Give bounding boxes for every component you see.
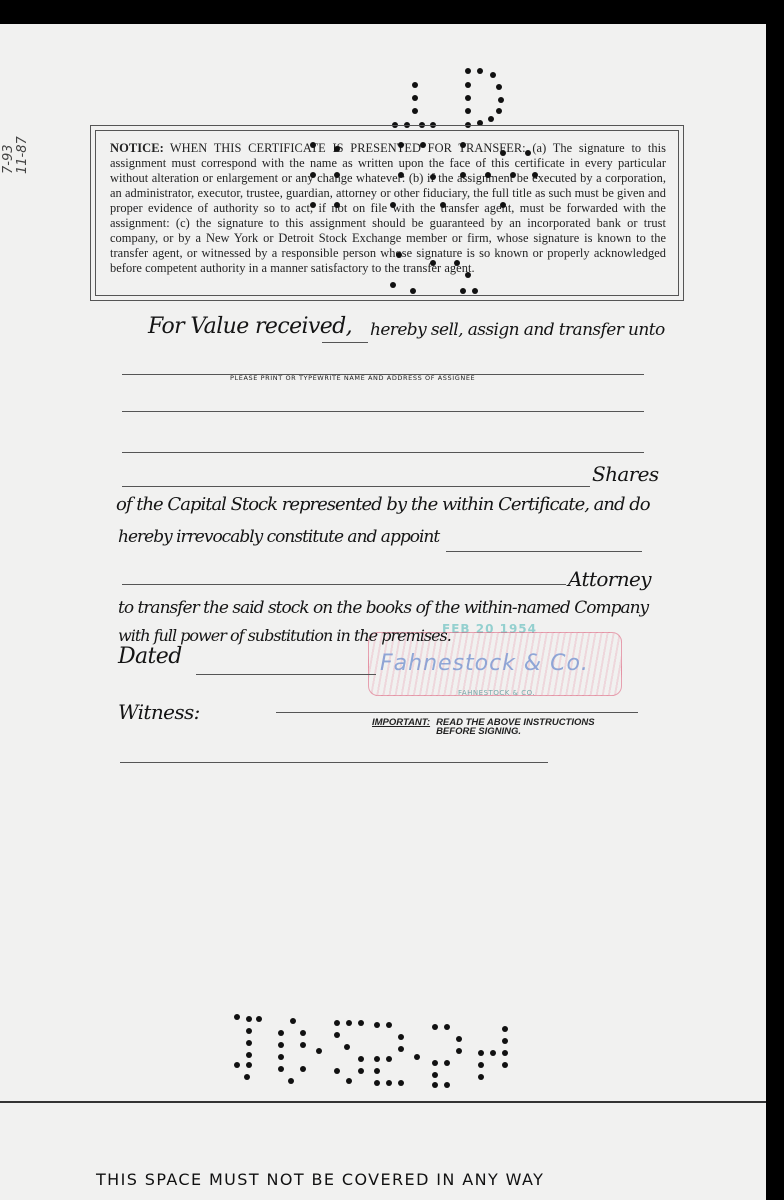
dated-label: Dated <box>118 644 182 669</box>
date-blank[interactable] <box>196 674 376 675</box>
perforation-notice <box>310 142 550 302</box>
bottom-divider <box>0 1101 766 1103</box>
shares-blank[interactable] <box>122 486 590 487</box>
important-message: READ THE ABOVE INSTRUCTIONSBEFORE SIGNIN… <box>436 718 595 736</box>
handwritten-note: 7-93 11-87 <box>2 136 30 174</box>
constitute-text: hereby irrevocably constitute and appoin… <box>118 527 439 547</box>
assignor-blank[interactable] <box>322 342 368 343</box>
stamp-signature: Fahnestock & Co. <box>380 651 589 676</box>
perforation-bottom <box>234 1004 534 1084</box>
certificate-back: 7-93 11-87 NOTICE:WHEN THIS CERTIFICATE … <box>0 24 766 1200</box>
handwritten-note-line: 7-93 <box>2 136 16 174</box>
for-value-received: For Value received, <box>148 314 352 339</box>
attorney-name-blank-1[interactable] <box>446 551 642 552</box>
important-notice: IMPORTANT:READ THE ABOVE INSTRUCTIONSBEF… <box>372 718 595 736</box>
transfer-text: to transfer the said stock on the books … <box>118 598 648 618</box>
capital-stock-text: of the Capital Stock represented by the … <box>116 494 650 515</box>
footer-warning: THIS SPACE MUST NOT BE COVERED IN ANY WA… <box>96 1170 544 1189</box>
assignee-line-2[interactable] <box>122 411 644 412</box>
stamp-firm-name: FAHNESTOCK & CO. <box>458 689 535 697</box>
assignee-caption: PLEASE PRINT OR TYPEWRITE NAME AND ADDRE… <box>230 374 475 382</box>
substitution-text: with full power of substitution in the p… <box>118 626 451 645</box>
witness-line[interactable] <box>120 762 548 763</box>
signature-line[interactable] <box>276 712 638 713</box>
assignee-line-3[interactable] <box>122 452 644 453</box>
sell-assign-transfer: hereby sell, assign and transfer unto <box>370 320 665 340</box>
important-line-2: BEFORE SIGNING. <box>436 726 521 737</box>
notice-label: NOTICE: <box>110 141 164 155</box>
handwritten-note-line: 11-87 <box>16 136 30 174</box>
attorney-name-blank-2[interactable] <box>122 584 566 585</box>
shares-label: Shares <box>592 462 659 486</box>
attorney-label: Attorney <box>568 567 651 591</box>
important-label: IMPORTANT: <box>372 718 430 727</box>
witness-label: Witness: <box>118 700 200 724</box>
